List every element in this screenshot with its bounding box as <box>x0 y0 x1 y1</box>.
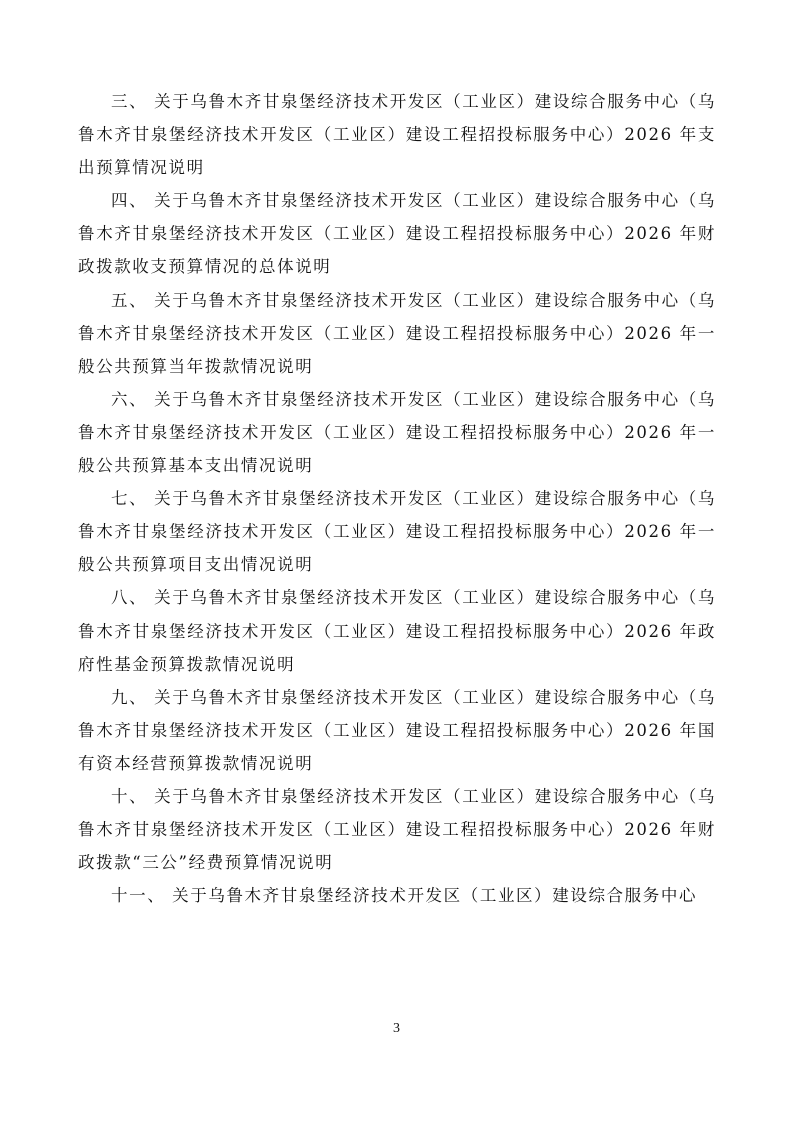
page-number: 3 <box>0 1021 793 1037</box>
section-3-item: 三、 关于乌鲁木齐甘泉堡经济技术开发区（工业区）建设综合服务中心（乌鲁木齐甘泉堡… <box>78 85 716 184</box>
section-9-item: 九、 关于乌鲁木齐甘泉堡经济技术开发区（工业区）建设综合服务中心（乌鲁木齐甘泉堡… <box>78 681 716 780</box>
section-10-item: 十、 关于乌鲁木齐甘泉堡经济技术开发区（工业区）建设综合服务中心（乌鲁木齐甘泉堡… <box>78 780 716 879</box>
toc-body: 三、 关于乌鲁木齐甘泉堡经济技术开发区（工业区）建设综合服务中心（乌鲁木齐甘泉堡… <box>78 85 716 912</box>
section-4-item: 四、 关于乌鲁木齐甘泉堡经济技术开发区（工业区）建设综合服务中心（乌鲁木齐甘泉堡… <box>78 184 716 283</box>
section-7-item: 七、 关于乌鲁木齐甘泉堡经济技术开发区（工业区）建设综合服务中心（乌鲁木齐甘泉堡… <box>78 482 716 581</box>
section-5-item: 五、 关于乌鲁木齐甘泉堡经济技术开发区（工业区）建设综合服务中心（乌鲁木齐甘泉堡… <box>78 284 716 383</box>
section-8-item: 八、 关于乌鲁木齐甘泉堡经济技术开发区（工业区）建设综合服务中心（乌鲁木齐甘泉堡… <box>78 581 716 680</box>
document-page: 三、 关于乌鲁木齐甘泉堡经济技术开发区（工业区）建设综合服务中心（乌鲁木齐甘泉堡… <box>0 0 793 1122</box>
section-6-item: 六、 关于乌鲁木齐甘泉堡经济技术开发区（工业区）建设综合服务中心（乌鲁木齐甘泉堡… <box>78 383 716 482</box>
section-11-item: 十一、 关于乌鲁木齐甘泉堡经济技术开发区（工业区）建设综合服务中心 <box>78 879 716 912</box>
